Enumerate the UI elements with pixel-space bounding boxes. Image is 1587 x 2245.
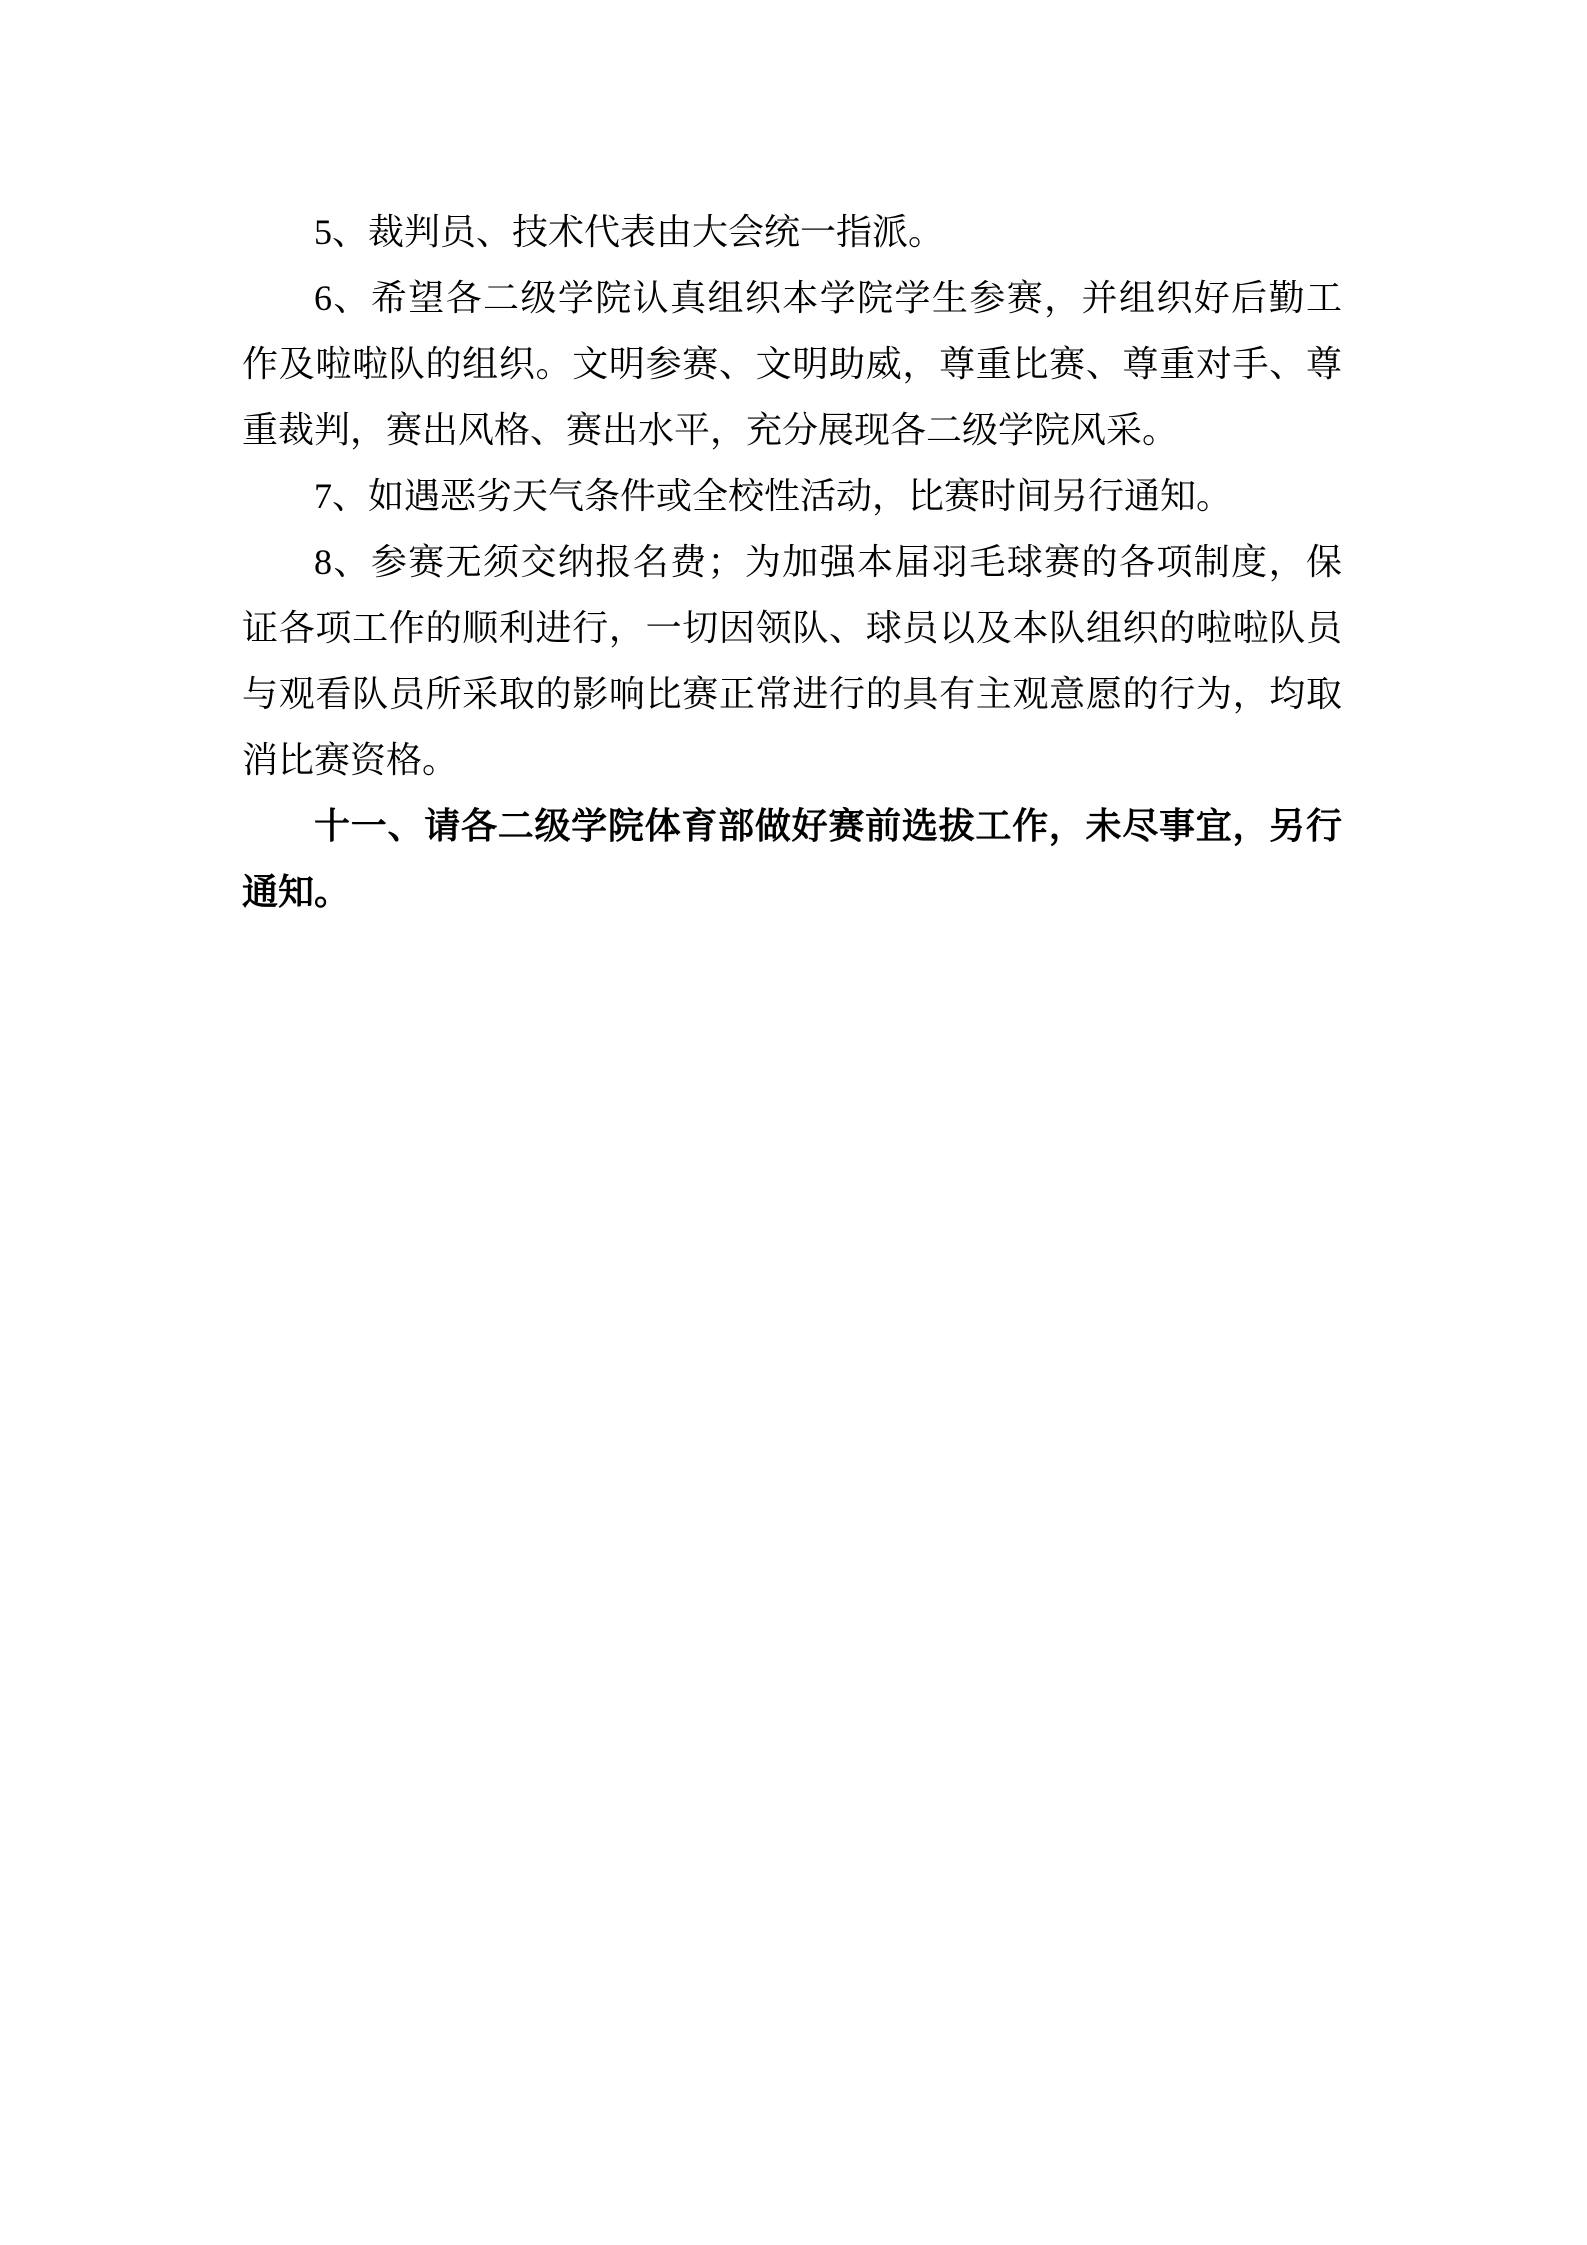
paragraph-line: 7、如遇恶劣天气条件或全校性活动，比赛时间另行通知。: [242, 463, 1342, 529]
paragraph-line: 5、裁判员、技术代表由大会统一指派。: [242, 199, 1342, 265]
paragraph-line-emphasis: 十一、请各二级学院体育部做好赛前选拔工作，未尽事宜，另行: [242, 793, 1342, 859]
paragraph-line: 证各项工作的顺利进行，一切因领队、球员以及本队组织的啦啦队员: [242, 595, 1342, 661]
paragraph-line: 重裁判，赛出风格、赛出水平，充分展现各二级学院风采。: [242, 397, 1342, 463]
paragraph-line: 8、参赛无须交纳报名费；为加强本届羽毛球赛的各项制度，保: [242, 529, 1342, 595]
document-body-text: 5、裁判员、技术代表由大会统一指派。 6、希望各二级学院认真组织本学院学生参赛，…: [242, 199, 1342, 925]
paragraph-line: 6、希望各二级学院认真组织本学院学生参赛，并组织好后勤工: [242, 265, 1342, 331]
paragraph-line: 消比赛资格。: [242, 727, 1342, 793]
paragraph-line: 与观看队员所采取的影响比赛正常进行的具有主观意愿的行为，均取: [242, 661, 1342, 727]
paragraph-line-emphasis: 通知。: [242, 859, 1342, 925]
document-page: 5、裁判员、技术代表由大会统一指派。 6、希望各二级学院认真组织本学院学生参赛，…: [0, 0, 1587, 2245]
paragraph-line: 作及啦啦队的组织。文明参赛、文明助威，尊重比赛、尊重对手、尊: [242, 331, 1342, 397]
